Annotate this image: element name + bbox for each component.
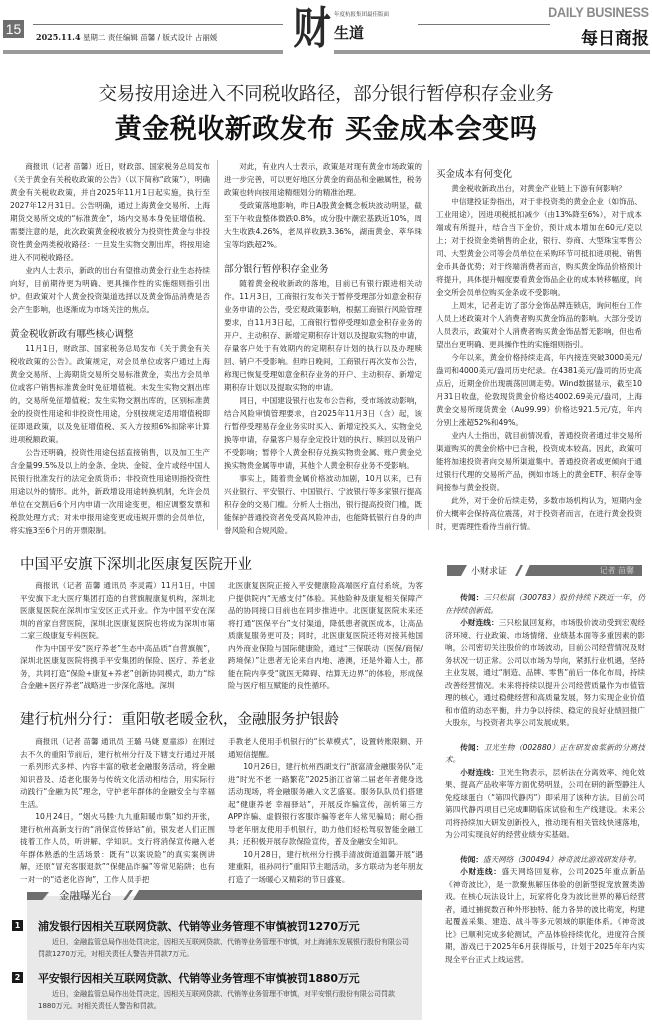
masthead-bar [334,50,650,54]
issue-weekday: 星期二 [83,33,106,42]
paragraph: 10月26日，建行杭州西湖支行“浙富清金融服务队”走进“时光不老 一路繁花”20… [228,761,423,849]
paragraph: 手教老人使用手机银行的“长辈模式”，设置转账限额、开通短信提醒。 [228,736,423,761]
header-slash-decoration [515,565,523,576]
exposure-section-label: 金融曝光台 [59,888,112,903]
column-rule [217,160,218,530]
verify-column: 传闻：三只松鼠（300783）股价持续下跌近一年，仍在持续创新低。 小财连线：三… [445,592,645,966]
reply-text: 三只松鼠回复称，市场股价波动受到宏观经济环境、行业政策、市场情绪、业绩基本面等多… [445,618,645,727]
reply-label: 小财连线： [460,867,501,876]
lead-column-2: 对此，有业内人士表示，政策是对现有黄金市场政策的进一步完善，可以更好地区分黄金的… [224,160,422,537]
lead-column-3: 买金成本有何变化 黄金税收新政出台，对黄金产业链上下游有何影响？ 中信建投证券指… [436,168,642,533]
paper-name-en: DAILY BUSINESS [548,4,649,20]
header-slash-decoration [123,890,133,900]
story-title-pingan: 中国平安旗下深圳北医康复医院开业 [20,553,252,574]
section-slogan: 年度杭报集团最佳版面 [334,10,389,18]
paragraph: 10月28日，建行杭州分行携手清波街道温馨开展“遇建重阳，祖孙同行”重阳节主题活… [228,849,423,887]
subheading: 黄金税收新政有哪些核心调整 [10,328,210,342]
subheading: 买金成本有何变化 [436,168,642,182]
issue-info: 2025.11.4 星期二 责任编辑 苗馨 / 版式设计 占丽媛 [36,32,217,43]
paragraph: 商报讯（记者 苗馨 通讯员 王璐 马婕 夏童添）在刚过去不久的重阳节前后，建行杭… [20,736,215,811]
paragraph: 商报讯（记者 苗馨 通讯员 李灵霞）11月1日，中国平安旗下北大医疗集团打造的自… [20,580,215,643]
reply-label: 小财连线： [460,618,499,627]
verify-byline: 记者 苗馨 [599,565,634,576]
exposure-header: 金融曝光台 [27,888,422,906]
verify-reply: 小财连线：卫光生物表示，层析法在分离效率、纯化效果、提高产品收率等方面优势明显，… [445,767,645,842]
issue-date: 2025.11.4 [36,32,81,42]
paragraph: 黄金税收新政出台，对黄金产业链上下游有何影响？ [436,182,642,195]
masthead: 15 2025.11.4 星期二 责任编辑 苗馨 / 版式设计 占丽媛 财 年度… [0,0,652,60]
subheading: 部分银行暂停积存金业务 [224,263,422,277]
masthead-rule [33,24,283,25]
reply-text: 盛天网络回复称，公司2025年重点新品《神奇波比》，是一款聚焦解压体验的创新型捉… [445,867,645,964]
paragraph: 业内人士指出，就目前情况看，普通投资者通过非交易所渠道购买的黄金价格中已含税，投… [436,429,642,494]
paragraph: 公告还明确，投资性用途包括直接销售，以及加工生产含金量99.5%及以上的金条、金… [10,446,210,537]
masthead-rule [418,24,550,25]
reply-label: 小财连线： [460,768,499,777]
paragraph: 北医康复医院正接入平安健康险高端医疗直付系统，为客户提供院内“无感支付”体验。其… [228,580,423,693]
paragraph: 11月1日，财政部、国家税务总局发布《关于黄金有关税收政策的公告》。政策规定，对… [10,342,210,446]
exposure-item-body: 近日，金融监管总局作出处罚决定，因相关互联网贷款、代销等业务管理不审慎，对平安银… [38,988,410,1012]
paper-name-cn: 每日商报 [581,24,649,49]
paragraph: 上周末，记者走访了部分金饰品牌连锁店，询问柜台工作人员上述政策对个人消费者购买黄… [436,299,642,351]
verify-rumor: 传闻：盛天网络（300494）神奇波比游戏研发待考。 [445,854,645,867]
paragraph: 受政策落地影响，昨日A股黄金概念板块波动明显，截至下午收盘整体微跌0.8%，成分… [224,199,422,251]
pingan-column-1: 商报讯（记者 苗馨 通讯员 李灵霞）11月1日，中国平安旗下北大医疗集团打造的自… [20,580,215,693]
verify-reply: 小财连线：盛天网络回复称，公司2025年重点新品《神奇波比》，是一款聚焦解压体验… [445,866,645,966]
paragraph: 商报讯（记者 苗馨）近日，财政部、国家税务总局发布《关于黄金有关税收政策的公告》… [10,160,210,264]
header-bar-decoration [27,892,49,900]
verify-header: 小财求证 记者 苗馨 [447,565,642,576]
rumor-label: 传闻： [460,855,483,864]
paragraph: 事实上，随着贵金属价格波动加剧，10月以来，已有兴业银行、平安银行、中国银行、宁… [224,472,422,537]
ccb-column-2: 手教老人使用手机银行的“长辈模式”，设置转账限额、开通短信提醒。 10月26日，… [228,736,423,886]
lead-column-1: 商报讯（记者 苗馨）近日，财政部、国家税务总局发布《关于黄金有关税收政策的公告》… [10,160,210,537]
exposure-item-title: 平安银行因相关互联网贷款、代销等业务管理不审慎被罚1880万元 [38,970,359,986]
lead-kicker: 交易按用途进入不同税收路径，部分银行暂停积存金业务 [0,80,652,106]
pingan-column-2: 北医康复医院正接入平安健康险高端医疗直付系统，为客户提供院内“无感支付”体验。其… [228,580,423,693]
item-number-badge: 2 [12,972,23,983]
rumor-text: 盛天网络（300494）神奇波比游戏研发待考。 [483,855,641,864]
section-glyph: 财 [293,2,330,56]
page-number: 15 [3,20,24,38]
paragraph: 今年以来，黄金价格持续走高，年内接连突破3000美元/盎司和4000美元/盎司历… [436,351,642,429]
column-rule [428,160,429,530]
reply-text: 卫光生物表示，层析法在分离效率、纯化效果、提高产品收率等方面优势明显，公司在研的… [445,768,645,840]
exposure-item-body: 近日，金融监管总局作出处罚决定，因相关互联网贷款、代销等业务管理不审慎，对上海浦… [38,936,410,960]
header-bar-decoration [447,565,467,576]
rumor-label: 传闻： [460,743,483,752]
exposure-item-title: 浦发银行因相关互联网贷款、代销等业务管理不审慎被罚1270万元 [38,918,359,934]
paragraph: 中信建投证券指出，对于非投资类的黄金企业（如饰品、工业用途），因进项税抵扣减少（… [436,195,642,299]
verify-rumor: 传闻：卫光生物（002880）正在研发血浆新的分离技术。 [445,742,645,767]
masthead-bar [3,50,283,54]
rumor-label: 传闻： [460,593,483,602]
story-title-ccb: 建行杭州分行：重阳敬老暖金秋，金融服务护银龄 [20,708,339,729]
editor-credits: 责任编辑 苗馨 / 版式设计 占丽媛 [108,33,218,42]
verify-reply: 小财连线：三只松鼠回复称，市场股价波动受到宏观经济环境、行业政策、市场情绪、业绩… [445,617,645,730]
section-name: 生道 [334,22,364,43]
header-bar-decoration [133,890,422,900]
ccb-column-1: 商报讯（记者 苗馨 通讯员 王璐 马婕 夏童添）在刚过去不久的重阳节前后，建行杭… [20,736,215,886]
paragraph: 业内人士表示，新政的出台有望推动黄金行业生态持续向好，目前期待更为明确、更具操作… [10,264,210,316]
lead-headline: 黄金税收新政发布 买金成本会变吗 [0,107,652,146]
paragraph: 作为中国平安“医疗养老”生态中高品质“自营旗舰”，深圳北医康复医院将携手平安集团… [20,643,215,693]
paragraph: 随着黄金税收新政的落地，目前已有银行跟进相关动作。11月3日，工商银行发布关于暂… [224,277,422,394]
paragraph: 对此，有业内人士表示，政策是对现有黄金市场政策的进一步完善，可以更好地区分黄金的… [224,160,422,199]
verify-rumor: 传闻：三只松鼠（300783）股价持续下跌近一年，仍在持续创新低。 [445,592,645,617]
paragraph: 10月24日，“烟火马塍·九九重阳暖市集”如约开张，建行杭州高新支行的“消保宣传… [20,811,215,886]
paragraph: 此外，对于金价后续走势，多数市场机构认为，短期内金价大概率会保持高位震荡，对于投… [436,494,642,533]
item-number-badge: 1 [12,920,23,931]
paragraph: 同日，中国建设银行也发布公告称，受市场波动影响，结合风险审慎管理要求，自2025… [224,394,422,472]
verify-section-label: 小财求证 [471,564,507,577]
